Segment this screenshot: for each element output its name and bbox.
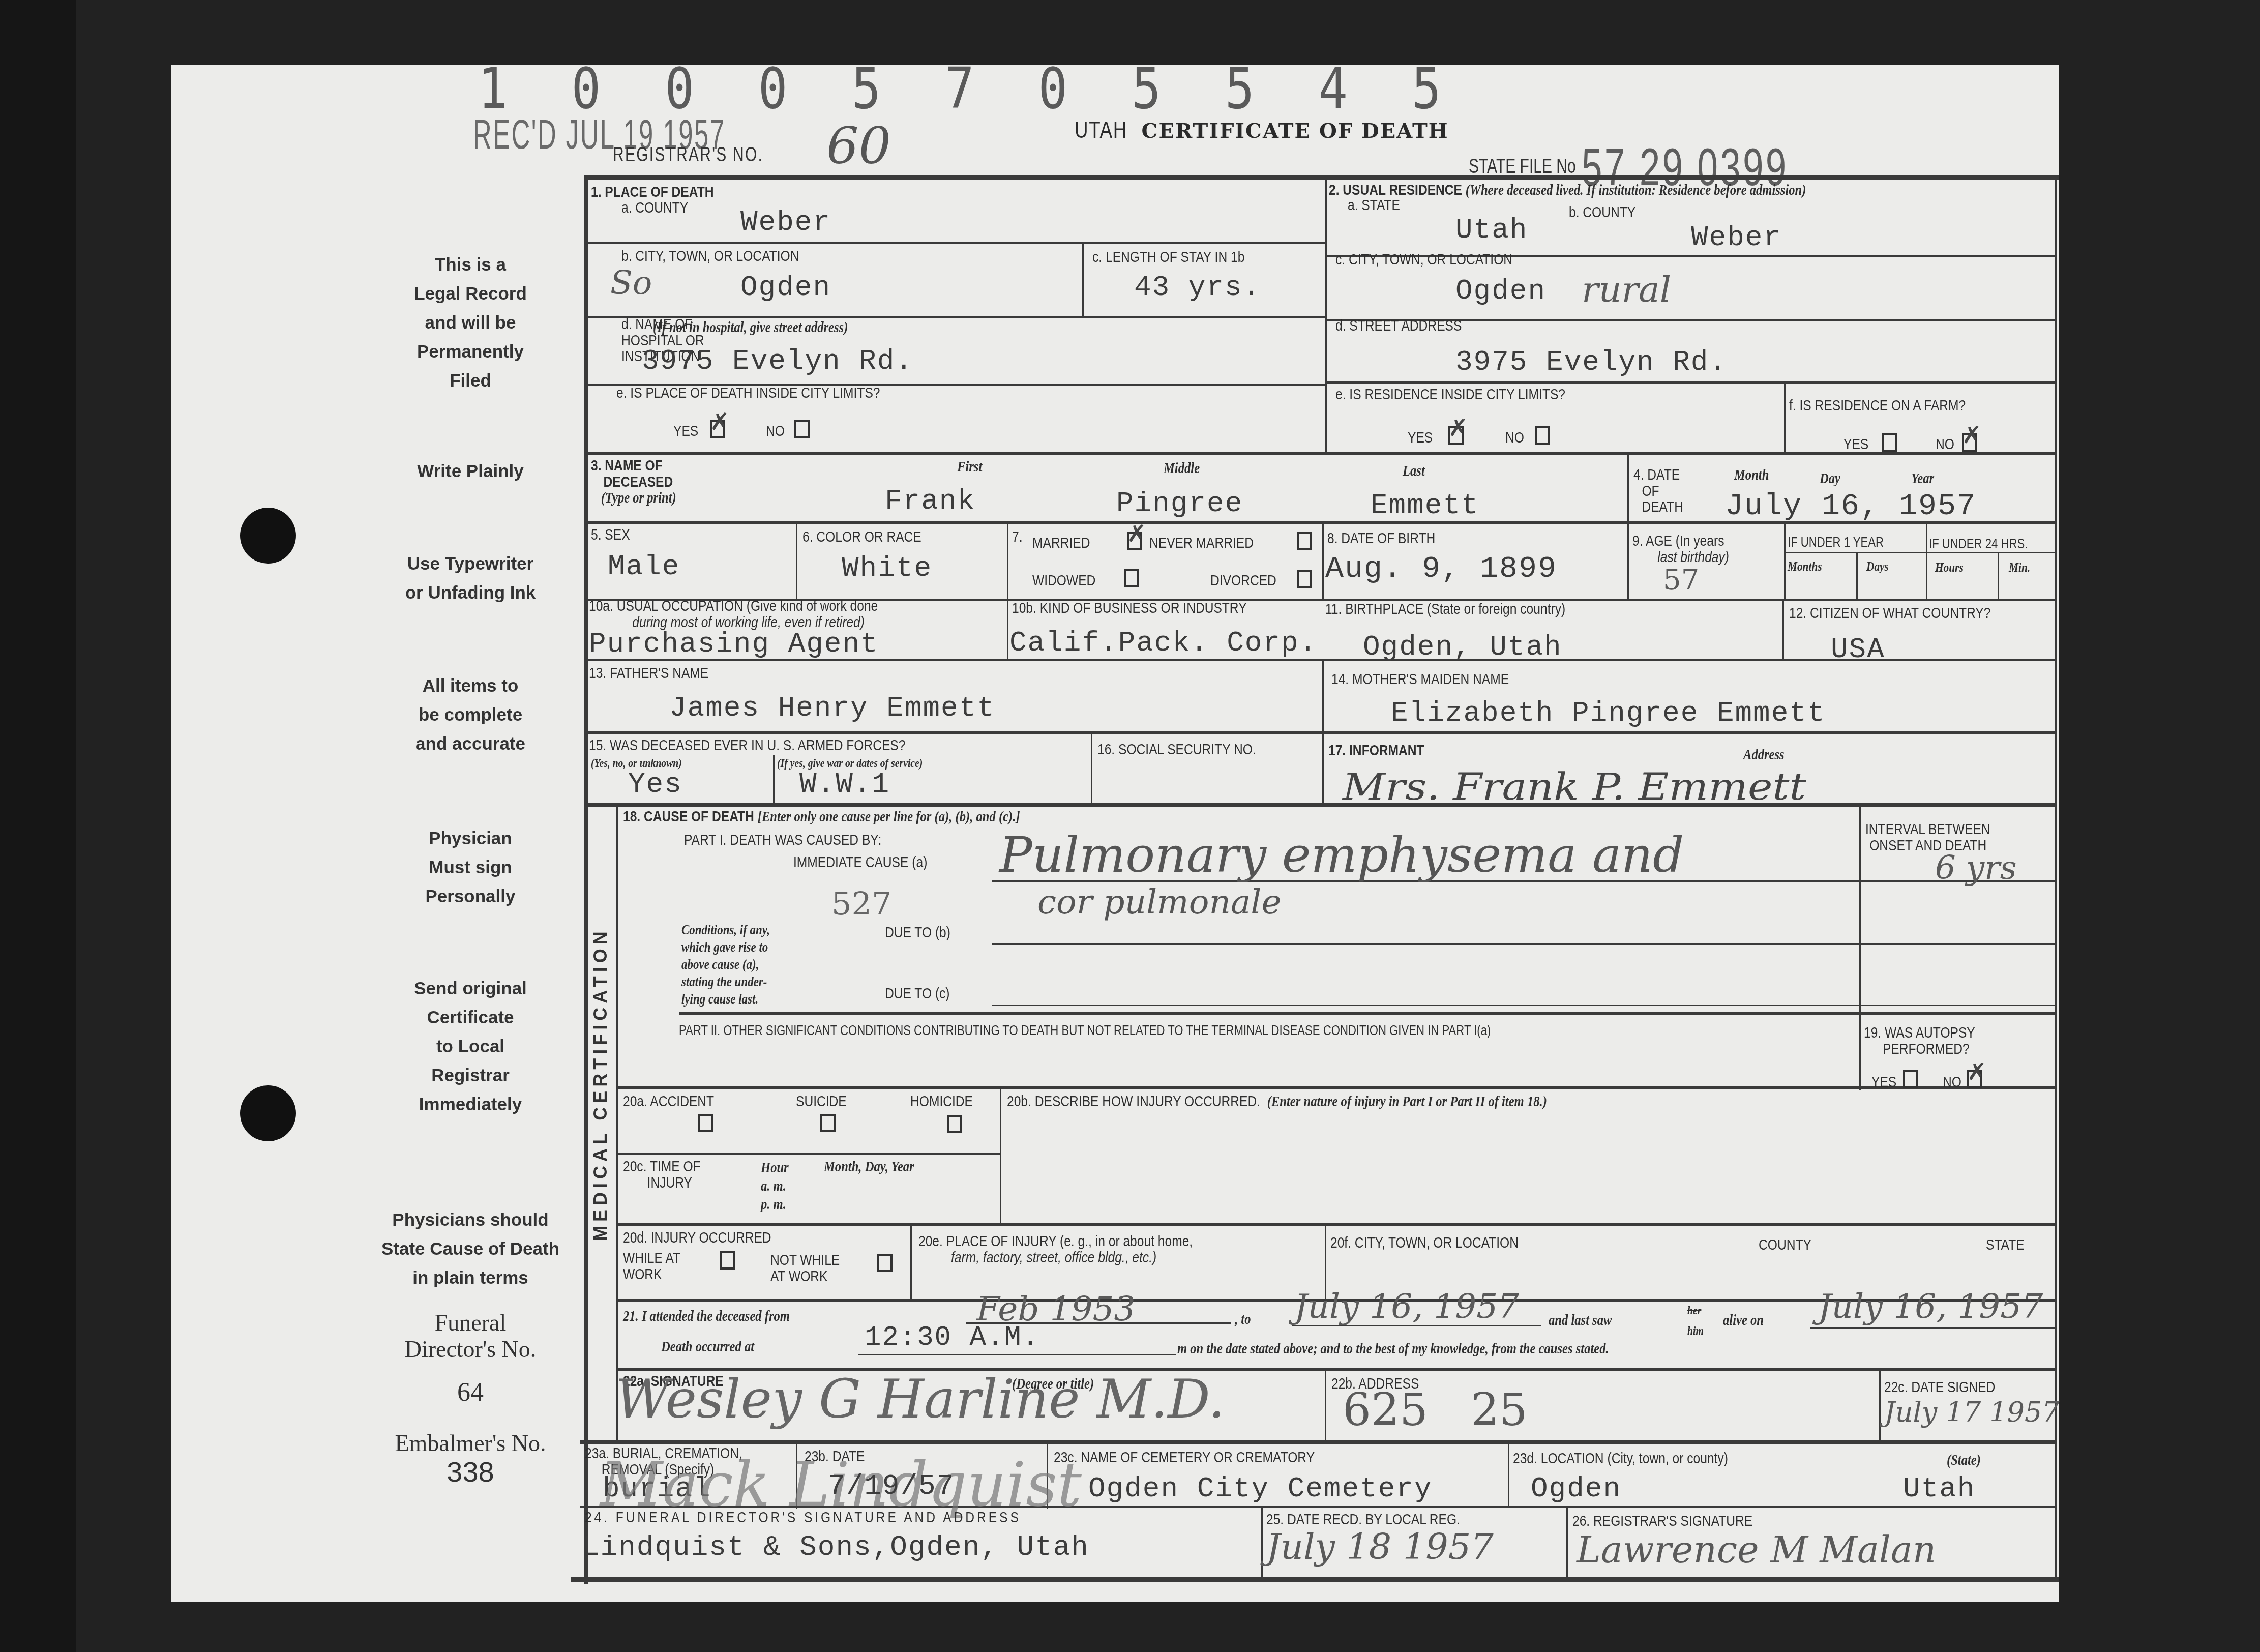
registrars-no: 60 (826, 116, 891, 175)
state-file-label: STATE FILE No (1469, 155, 1576, 178)
page-title: UTAH CERTIFICATE OF DEATH (1068, 116, 1449, 143)
last-seen-alive-field[interactable]: July 16, 1957 (1818, 1287, 2043, 1326)
first-name-field[interactable]: Frank (885, 485, 975, 517)
race-field[interactable]: White (842, 552, 932, 584)
item23b-label: 23b. DATE (805, 1449, 865, 1465)
cemetery-field[interactable]: Ogden City Cemetery (1088, 1472, 1433, 1505)
registrars-no-label: REGISTRAR'S NO. (613, 143, 763, 166)
last-name-field[interactable]: Emmett (1371, 489, 1479, 522)
hospital-field[interactable]: 3975 Evelyn Rd. (642, 345, 913, 377)
item2-heading: 2. USUAL RESIDENCE (Where deceased lived… (1329, 182, 1806, 198)
scan-background-left (0, 0, 76, 1652)
item23d-label: 23d. LOCATION (City, town, or county) (1513, 1451, 1728, 1467)
occupation-field[interactable]: Purchasing Agent (589, 628, 879, 660)
item7-number: 7. (1012, 529, 1023, 545)
death-month-label: Month (1734, 467, 1769, 483)
residence-city-note: rural (1582, 269, 1671, 310)
item21-statement: m on the date stated above; and to the b… (1177, 1341, 1609, 1357)
business-field[interactable]: Calif.Pack. Corp. (1009, 627, 1317, 659)
under-24-hrs-label: IF UNDER 24 HRS. (1929, 537, 2028, 551)
embalmer-no: 338 (364, 1459, 577, 1485)
cause-a-field[interactable]: Pulmonary emphysema and (999, 827, 1684, 883)
informant-address-label: Address (1743, 747, 1785, 763)
min-label: Min. (2009, 560, 2030, 574)
date-received-field[interactable]: July 18 1957 (1266, 1526, 1494, 1568)
under-1-year-label: IF UNDER 1 YEAR (1788, 535, 1884, 549)
service-field[interactable]: W.W.1 (799, 768, 890, 801)
part2-label: PART II. OTHER SIGNIFICANT CONDITIONS CO… (679, 1023, 1491, 1038)
item20f-county-label: COUNTY (1759, 1237, 1811, 1253)
title-text: CERTIFICATE OF DEATH (1142, 119, 1449, 143)
while-at-work-checkbox[interactable] (720, 1251, 735, 1270)
item3-label: 3. NAME OF DECEASED (Type or print) (591, 458, 676, 506)
item23c-label: 23c. NAME OF CEMETERY OR CREMATORY (1054, 1450, 1315, 1466)
informant-field[interactable]: Mrs. Frank P. Emmett (1343, 765, 1806, 809)
first-name-label: First (957, 459, 982, 475)
suicide-label: SUICIDE (796, 1094, 847, 1110)
sex-field[interactable]: Male (608, 550, 680, 583)
item18-heading: 18. CAUSE OF DEATH [Enter only one cause… (623, 809, 1020, 825)
item2f-label: f. IS RESIDENCE ON A FARM? (1789, 398, 1966, 414)
item21-to-label: , to (1235, 1311, 1251, 1327)
item20b-label: 20b. DESCRIBE HOW INJURY OCCURRED. (Ente… (1007, 1094, 1547, 1110)
divorced-label: DIVORCED (1210, 573, 1276, 589)
side-note-send-original: Send original Certificate to Local Regis… (364, 974, 577, 1119)
time-of-death-field[interactable]: 12:30 A.M. (865, 1322, 1039, 1353)
divorced-checkbox[interactable] (1297, 570, 1312, 588)
item9-label: 9. AGE (In years last birthday) (1632, 533, 1729, 565)
item2e-yes-label: YES (1408, 430, 1433, 446)
item14-label: 14. MOTHER'S MAIDEN NAME (1331, 671, 1509, 688)
citizenship-field[interactable]: USA (1831, 633, 1885, 666)
side-note-physician-sign: Physician Must sign Personally (364, 824, 577, 911)
month-day-year-label: Month, Day, Year (824, 1159, 914, 1175)
item8-label: 8. DATE OF BIRTH (1327, 530, 1435, 547)
item1e-yes-checkbox[interactable] (710, 420, 725, 438)
title-state: UTAH (1075, 116, 1127, 143)
side-note-typewriter: Use Typewriter or Unfading Ink (364, 549, 577, 607)
part1-label: PART I. DEATH WAS CAUSED BY: (684, 832, 881, 848)
side-note-complete: All items to be complete and accurate (364, 671, 577, 758)
item1e-yes-label: YES (673, 423, 698, 439)
item5-label: 5. SEX (591, 527, 630, 543)
conditions-label: Conditions, if any, which gave rise to a… (681, 922, 770, 1008)
not-while-at-work-label: NOT WHILE AT WORK (770, 1252, 840, 1284)
item16-label: 16. SOCIAL SECURITY NO. (1097, 742, 1256, 758)
days-label: Days (1866, 559, 1889, 573)
item21-alive-on-label: alive on (1723, 1312, 1764, 1329)
residence-state-field[interactable]: Utah (1455, 214, 1528, 246)
item1b-label: b. CITY, TOWN, OR LOCATION (621, 248, 799, 264)
item2f-yes-label: YES (1843, 436, 1868, 453)
accident-checkbox[interactable] (698, 1114, 713, 1132)
death-day-label: Day (1820, 470, 1840, 487)
hours-label: Hours (1935, 560, 1964, 574)
death-city-prefix: So (610, 264, 652, 302)
last-name-label: Last (1403, 463, 1425, 479)
side-note-plain-terms: Physicians should State Cause of Death i… (364, 1205, 577, 1292)
item1e-no-label: NO (766, 423, 785, 439)
item25-label: 25. DATE RECD. BY LOCAL REG. (1266, 1512, 1460, 1528)
burial-city-field[interactable]: Ogden (1531, 1472, 1621, 1505)
residence-county-field[interactable]: Weber (1691, 221, 1781, 254)
item1c-label: c. LENGTH OF STAY IN 1b (1092, 249, 1244, 265)
fathers-name-field[interactable]: James Henry Emmett (669, 692, 995, 724)
item20e-label: 20e. PLACE OF INJURY (e. g., in or about… (918, 1233, 1193, 1265)
item23d-state-label: (State) (1947, 1452, 1981, 1468)
funeral-director-label: Funeral Director's No. (364, 1310, 577, 1363)
homicide-checkbox[interactable] (947, 1115, 962, 1133)
side-note-write-plainly: Write Plainly (364, 457, 577, 486)
due-to-c-label: DUE TO (c) (885, 986, 950, 1002)
burial-state-field[interactable]: Utah (1903, 1472, 1975, 1505)
item2c-label: c. CITY, TOWN, OR LOCATION (1335, 252, 1512, 268)
item20a-label: 20a. ACCIDENT (623, 1094, 714, 1110)
item20f-state-label: STATE (1986, 1237, 2025, 1253)
never-married-label: NEVER MARRIED (1149, 535, 1254, 551)
item2e-no-checkbox[interactable] (1535, 426, 1550, 445)
her-label: her (1687, 1305, 1701, 1317)
item13-label: 13. FATHER'S NAME (589, 665, 708, 682)
death-year-label: Year (1911, 470, 1934, 487)
item21-last-saw-label: and last saw (1549, 1312, 1612, 1329)
not-while-at-work-checkbox[interactable] (877, 1254, 893, 1272)
item1e-label: e. IS PLACE OF DEATH INSIDE CITY LIMITS? (616, 385, 880, 401)
item6-label: 6. COLOR OR RACE (802, 529, 921, 545)
while-at-work-label: WHILE AT WORK (623, 1250, 680, 1282)
date-of-birth-field[interactable]: Aug. 9, 1899 (1325, 552, 1557, 586)
physician-signature[interactable]: Wesley G Harline M.D. (615, 1368, 1225, 1430)
item17-label: 17. INFORMANT (1328, 743, 1424, 759)
item1a-label: a. COUNTY (621, 200, 688, 216)
item2e-no-label: NO (1505, 430, 1524, 446)
attended-to-field[interactable]: July 16, 1957 (1294, 1287, 1519, 1326)
item20c-label: 20c. TIME OF INJURY (623, 1159, 701, 1191)
item24-label: 24. FUNERAL DIRECTOR'S SIGNATURE AND ADD… (585, 1510, 1021, 1526)
hour-label: Hour a. m. p. m. (761, 1159, 789, 1214)
embalmer-label: Embalmer's No. (364, 1430, 577, 1457)
item2f-yes-checkbox[interactable] (1882, 433, 1897, 452)
death-city-field[interactable]: Ogden (740, 271, 831, 304)
item15-label: 15. WAS DECEASED EVER IN U. S. ARMED FOR… (589, 737, 905, 754)
cause-code: 527 (831, 885, 891, 922)
birthplace-field[interactable]: Ogden, Utah (1363, 631, 1562, 663)
medical-certification-label: MEDICAL CERTIFICATION (590, 927, 611, 1241)
item2a-label: a. STATE (1348, 197, 1400, 214)
married-label: MARRIED (1032, 535, 1090, 551)
punch-hole-top (240, 508, 296, 564)
funeral-director-no: 64 (364, 1379, 577, 1406)
middle-name-field[interactable]: Pingree (1116, 487, 1243, 520)
autopsy-no-checkbox[interactable] (1967, 1070, 1982, 1088)
item4-label: 4. DATE OF DEATH (1633, 467, 1683, 515)
cause-a-continued: cor pulmonale (1037, 882, 1281, 922)
item2d-label: d. STREET ADDRESS (1335, 318, 1462, 334)
him-label: him (1687, 1325, 1704, 1338)
mothers-name-field[interactable]: Elizabeth Pingree Emmett (1391, 697, 1826, 729)
widowed-checkbox[interactable] (1124, 569, 1139, 587)
length-of-stay-field[interactable]: 43 yrs. (1134, 271, 1261, 304)
item10a-label: 10a. USUAL OCCUPATION (Give kind of work… (589, 598, 878, 630)
homicide-label: HOMICIDE (910, 1094, 973, 1110)
due-to-b-label: DUE TO (b) (885, 925, 950, 941)
disposition-date-field[interactable]: 7/19/57 (828, 1470, 955, 1502)
death-county-field[interactable]: Weber (740, 206, 831, 239)
autopsy-no-label: NO (1943, 1074, 1961, 1090)
item12-label: 12. CITIZEN OF WHAT COUNTRY? (1789, 605, 1990, 622)
suicide-checkbox[interactable] (820, 1114, 836, 1132)
funeral-director-field[interactable]: Lindquist & Sons,Ogden, Utah (582, 1531, 1089, 1563)
side-note-legal-record: This is a Legal Record and will be Perma… (364, 250, 577, 395)
autopsy-yes-label: YES (1871, 1074, 1896, 1090)
registrar-signature[interactable]: Lawrence M Malan (1577, 1528, 1936, 1571)
widowed-label: WIDOWED (1032, 573, 1095, 589)
item10b-label: 10b. KIND OF BUSINESS OR INDUSTRY (1012, 600, 1247, 616)
married-checkbox[interactable] (1127, 532, 1142, 550)
middle-name-label: Middle (1164, 460, 1200, 477)
death-occurred-at-label: Death occurred at (661, 1339, 754, 1355)
item26-label: 26. REGISTRAR'S SIGNATURE (1572, 1513, 1752, 1529)
item2f-no-label: NO (1936, 436, 1954, 453)
item11-label: 11. BIRTHPLACE (State or foreign country… (1325, 601, 1565, 617)
residence-street-field[interactable]: 3975 Evelyn Rd. (1455, 346, 1727, 378)
date-of-death-field[interactable]: July 16, 1957 (1725, 489, 1976, 524)
item21-attended-label: 21. I attended the deceased from (623, 1308, 790, 1324)
date-signed-field[interactable]: July 17 1957 (1884, 1396, 2060, 1428)
months-label: Months (1788, 559, 1822, 573)
immediate-cause-label: IMMEDIATE CAUSE (a) (793, 854, 927, 871)
residence-city-field[interactable]: Ogden (1455, 275, 1546, 307)
item2e-yes-checkbox[interactable] (1448, 426, 1464, 445)
item2b-label: b. COUNTY (1569, 204, 1635, 221)
item20f-label: 20f. CITY, TOWN, OR LOCATION (1330, 1235, 1519, 1251)
item2f-no-checkbox[interactable] (1962, 433, 1977, 452)
item20d-label: 20d. INJURY OCCURRED (623, 1230, 771, 1246)
item1e-no-checkbox[interactable] (794, 420, 810, 438)
physician-address-field[interactable]: 625 25 (1343, 1383, 1528, 1436)
item1-heading: 1. PLACE OF DEATH (591, 184, 713, 200)
age-field[interactable]: 57 (1663, 564, 1699, 597)
never-married-checkbox[interactable] (1297, 532, 1312, 550)
item19-label: 19. WAS AUTOPSY PERFORMED? (1864, 1025, 1975, 1057)
item1d-hint: (If not in hospital, give street address… (653, 319, 848, 336)
item2e-label: e. IS RESIDENCE INSIDE CITY LIMITS? (1335, 387, 1565, 403)
armed-forces-field[interactable]: Yes (628, 768, 682, 801)
autopsy-yes-checkbox[interactable] (1903, 1070, 1918, 1088)
item22c-label: 22c. DATE SIGNED (1884, 1379, 1995, 1396)
interval-label: INTERVAL BETWEEN ONSET AND DEATH (1865, 821, 1990, 853)
interval-field[interactable]: 6 yrs (1935, 849, 2017, 887)
punch-hole-bottom (240, 1085, 296, 1141)
